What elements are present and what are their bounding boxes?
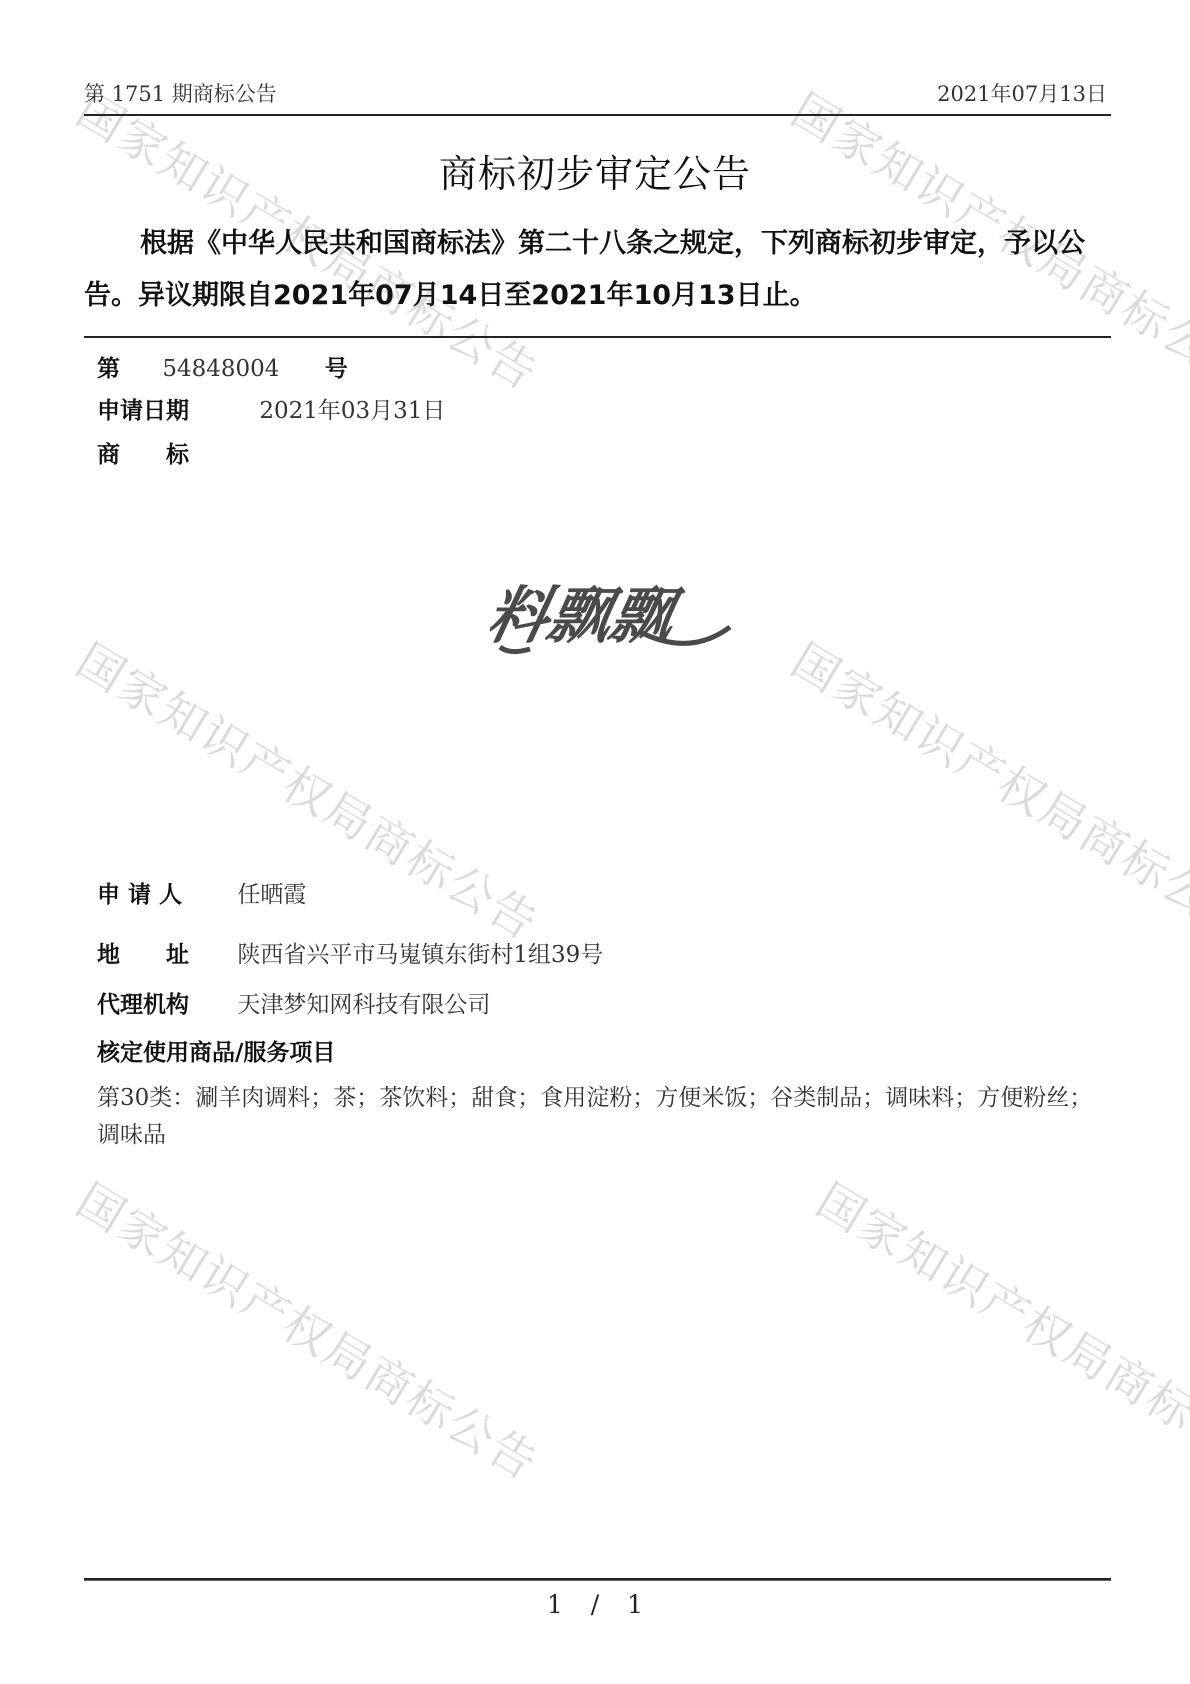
address: 陕西省兴平市马嵬镇东街村1组39号 [237, 936, 603, 969]
publication-date: 2021年07月13日 [937, 78, 1107, 108]
issue-number: 第 1751 期商标公告 [84, 78, 277, 108]
header-divider [84, 114, 1111, 116]
trademark-logo: 料飘飘 [490, 577, 740, 657]
page-title: 商标初步审定公告 [0, 143, 1190, 198]
agency-row: 代理机构 天津梦知网科技有限公司 [97, 986, 490, 1019]
goods-list: 第30类：涮羊肉调料；茶；茶饮料；甜食；食用淀粉；方便米饭；谷类制品；调味料；方… [97, 1080, 1097, 1154]
watermark: 国家知识产权局商标公告 [781, 625, 1190, 954]
mark-row: 商 标 [97, 436, 189, 469]
applicant-label: 申 请 人 [97, 876, 230, 909]
agency-label: 代理机构 [97, 986, 230, 1019]
registration-number-row: 第 54848004 号 [97, 350, 348, 383]
address-row: 地 址 陕西省兴平市马嵬镇东街村1组39号 [97, 936, 603, 969]
page-number: 1 / 1 [0, 1590, 1190, 1619]
watermark: 国家知识产权局商标公告 [66, 1165, 553, 1494]
footer-divider [84, 1578, 1111, 1581]
watermark: 国家知识产权局商标公告 [806, 1165, 1190, 1494]
application-date: 2021年03月31日 [259, 392, 445, 425]
application-date-row: 申请日期 2021年03月31日 [97, 392, 445, 425]
registration-number: 54848004 [162, 356, 279, 382]
application-date-label: 申请日期 [97, 392, 252, 425]
address-label: 地 址 [97, 936, 230, 969]
goods-label: 核定使用商品/服务项目 [97, 1034, 335, 1067]
intro-paragraph: 根据《中华人民共和国商标法》第二十八条之规定，下列商标初步审定，予以公告。异议期… [84, 218, 1114, 322]
mark-label: 商 标 [97, 436, 189, 469]
section-divider [84, 336, 1111, 338]
number-prefix-label: 第 [97, 350, 120, 383]
applicant-name: 任晒霞 [237, 876, 306, 909]
agency-name: 天津梦知网科技有限公司 [237, 986, 490, 1019]
applicant-row: 申 请 人 任晒霞 [97, 876, 306, 909]
goods-heading-row: 核定使用商品/服务项目 [97, 1034, 335, 1067]
number-suffix-label: 号 [325, 350, 348, 383]
